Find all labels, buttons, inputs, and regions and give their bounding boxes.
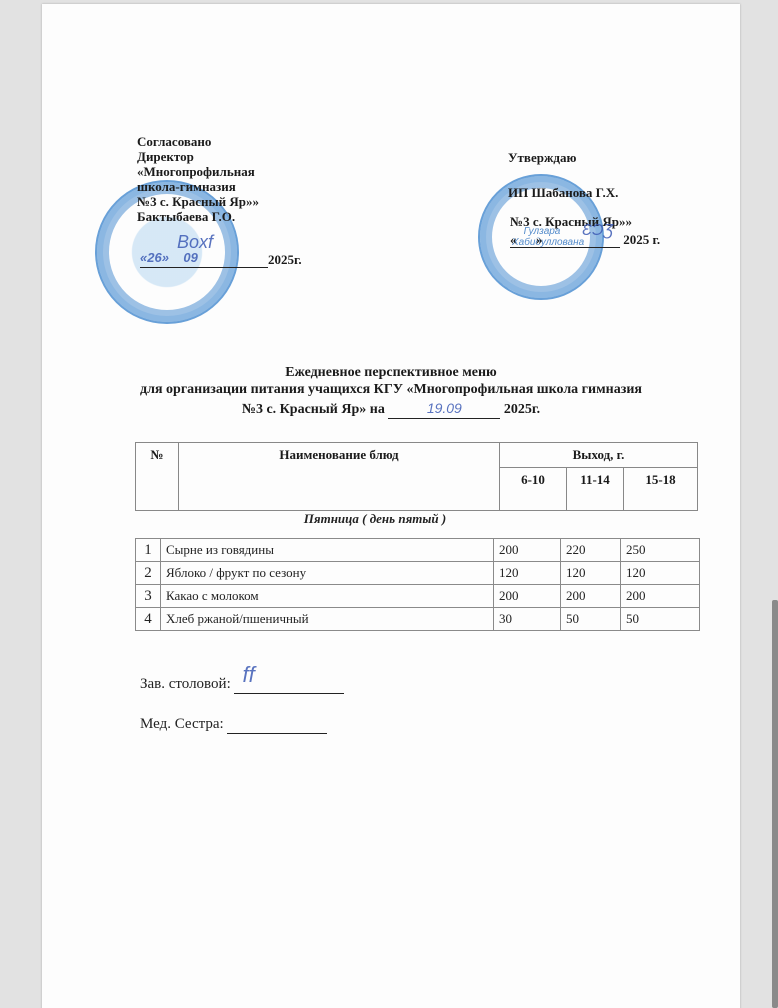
portion-15-18: 120 [621,562,700,585]
approval-right-line: Утверждаю [508,150,576,165]
portion-11-14: 200 [561,585,621,608]
header-age-group: 15-18 [624,468,698,511]
approval-right-line: ИП Шабанова Г.Х. [508,185,618,200]
approval-right-line: №3 с. Красный Яр»» [510,214,632,229]
table-row: 3 Какао с молоком 200 200 200 [136,585,700,608]
document-title-line1: Ежедневное перспективное меню [42,365,740,381]
canteen-head-signature: Зав. столовой: ff [140,676,344,694]
portion-6-10: 120 [494,562,561,585]
dish-name: Какао с молоком [161,585,494,608]
portion-6-10: 200 [494,585,561,608]
handwritten-menu-date: 19.09 [427,400,462,416]
approval-right-year: 2025 г. [623,232,660,247]
nurse-signature-line [227,716,327,734]
portion-6-10: 200 [494,539,561,562]
document-page: Согласовано Директор «Многопрофильная шк… [42,4,740,1008]
header-age-group: 11-14 [567,468,624,511]
menu-table: 1 Сырне из говядины 200 220 250 2 Яблоко… [135,538,700,631]
signature-right: ƐƆƷ [582,222,613,240]
dish-name: Хлеб ржаной/пшеничный [161,608,494,631]
approval-left-line: «Многопрофильная [137,164,259,179]
row-number: 1 [136,539,161,562]
approval-block-right: Утверждаю [508,150,576,165]
portion-11-14: 50 [561,608,621,631]
nurse-label: Мед. Сестра: [140,716,224,732]
nurse-signature: Мед. Сестра: [140,716,327,734]
signature-left: Boxf [177,232,213,253]
dish-name: Сырне из говядины [161,539,494,562]
row-number: 3 [136,585,161,608]
approval-block-left: Согласовано Директор «Многопрофильная шк… [137,134,259,224]
date-line-left: «26» 09 [140,252,268,268]
portion-15-18: 200 [621,585,700,608]
canteen-head-signature-line: ff [234,676,344,694]
row-number: 2 [136,562,161,585]
header-age-group: 6-10 [500,468,567,511]
approval-left-line: школа-гимназия [137,179,259,194]
handwritten-signature: ff [242,662,254,688]
portion-15-18: 250 [621,539,700,562]
portion-11-14: 120 [561,562,621,585]
approval-left-line: №3 с. Красный Яр»» [137,194,259,209]
menu-header-table: № Наименование блюд Выход, г. 6-10 11-14… [135,442,698,511]
approval-left-line: Согласовано [137,134,259,149]
portion-6-10: 30 [494,608,561,631]
header-col-number: № [136,443,179,511]
approval-left-line: Бактыбаева Г.О. [137,209,259,224]
portion-11-14: 220 [561,539,621,562]
header-col-output: Выход, г. [500,443,698,468]
portion-15-18: 50 [621,608,700,631]
dish-name: Яблоко / фрукт по сезону [161,562,494,585]
approval-left-year: 2025г. [268,252,302,267]
canteen-head-label: Зав. столовой: [140,676,231,692]
row-number: 4 [136,608,161,631]
table-row: 2 Яблоко / фрукт по сезону 120 120 120 [136,562,700,585]
approval-left-line: Директор [137,149,259,164]
table-row: 1 Сырне из говядины 200 220 250 [136,539,700,562]
header-col-name: Наименование блюд [179,443,500,511]
approval-left-date: «26» 09 2025г. [140,252,302,268]
document-title-line2: для организации питания учащихся КГУ «Мн… [42,382,740,398]
document-title-line3: №3 с. Красный Яр» на 19.09 2025г. [42,400,740,419]
table-row: 4 Хлеб ржаной/пшеничный 30 50 50 [136,608,700,631]
vertical-scrollbar[interactable] [772,600,778,1008]
day-label: Пятница ( день пятый ) [135,511,615,527]
